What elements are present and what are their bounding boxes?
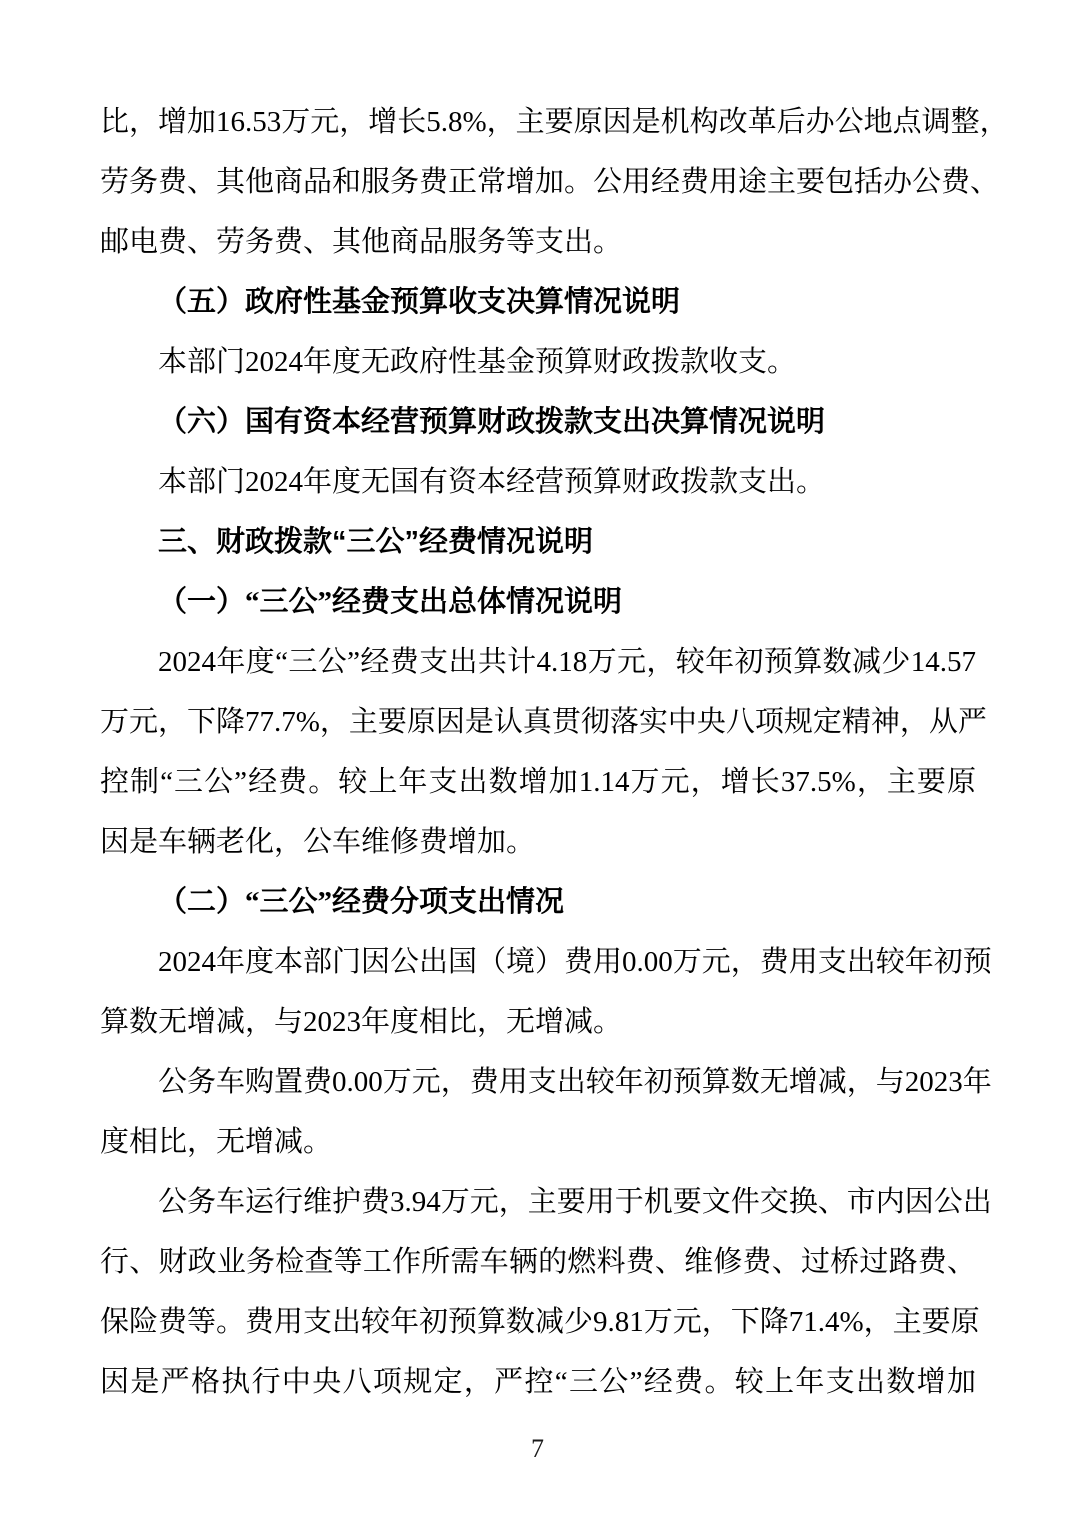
text-line: 行、财政业务检查等工作所需车辆的燃料费、维修费、过桥过路费、: [100, 1232, 976, 1292]
text-line: 因是车辆老化，公车维修费增加。: [100, 812, 976, 872]
text-line: 本部门2024年度无国有资本经营预算财政拨款支出。: [100, 452, 976, 512]
text-line: 公务车购置费0.00万元，费用支出较年初预算数无增减，与2023年: [100, 1052, 976, 1112]
section-heading: （一）“三公”经费支出总体情况说明: [100, 572, 976, 632]
text-line: 邮电费、劳务费、其他商品服务等支出。: [100, 212, 976, 272]
document-body: 比，增加16.53万元，增长5.8%，主要原因是机构改革后办公地点调整，劳务费、…: [100, 92, 976, 1412]
text-line: 因是严格执行中央八项规定，严控“三公”经费。较上年支出数增加: [100, 1352, 976, 1412]
text-line: 保险费等。费用支出较年初预算数减少9.81万元，下降71.4%，主要原: [100, 1292, 976, 1352]
document-page: 比，增加16.53万元，增长5.8%，主要原因是机构改革后办公地点调整，劳务费、…: [0, 0, 1075, 1520]
section-heading: （二）“三公”经费分项支出情况: [100, 872, 976, 932]
text-line: 算数无增减，与2023年度相比，无增减。: [100, 992, 976, 1052]
text-line: 万元，下降77.7%，主要原因是认真贯彻落实中央八项规定精神，从严: [100, 692, 976, 752]
text-line: 2024年度“三公”经费支出共计4.18万元，较年初预算数减少14.57: [100, 632, 976, 692]
text-line: 公务车运行维护费3.94万元，主要用于机要文件交换、市内因公出: [100, 1172, 976, 1232]
text-line: 2024年度本部门因公出国（境）费用0.00万元，费用支出较年初预: [100, 932, 976, 992]
page-number: 7: [0, 1432, 1075, 1466]
section-heading: 三、财政拨款“三公”经费情况说明: [100, 512, 976, 572]
text-line: 比，增加16.53万元，增长5.8%，主要原因是机构改革后办公地点调整，: [100, 92, 976, 152]
text-line: 劳务费、其他商品和服务费正常增加。公用经费用途主要包括办公费、: [100, 152, 976, 212]
section-heading: （六）国有资本经营预算财政拨款支出决算情况说明: [100, 392, 976, 452]
text-line: 度相比，无增减。: [100, 1112, 976, 1172]
text-line: 本部门2024年度无政府性基金预算财政拨款收支。: [100, 332, 976, 392]
section-heading: （五）政府性基金预算收支决算情况说明: [100, 272, 976, 332]
text-line: 控制“三公”经费。较上年支出数增加1.14万元，增长37.5%，主要原: [100, 752, 976, 812]
